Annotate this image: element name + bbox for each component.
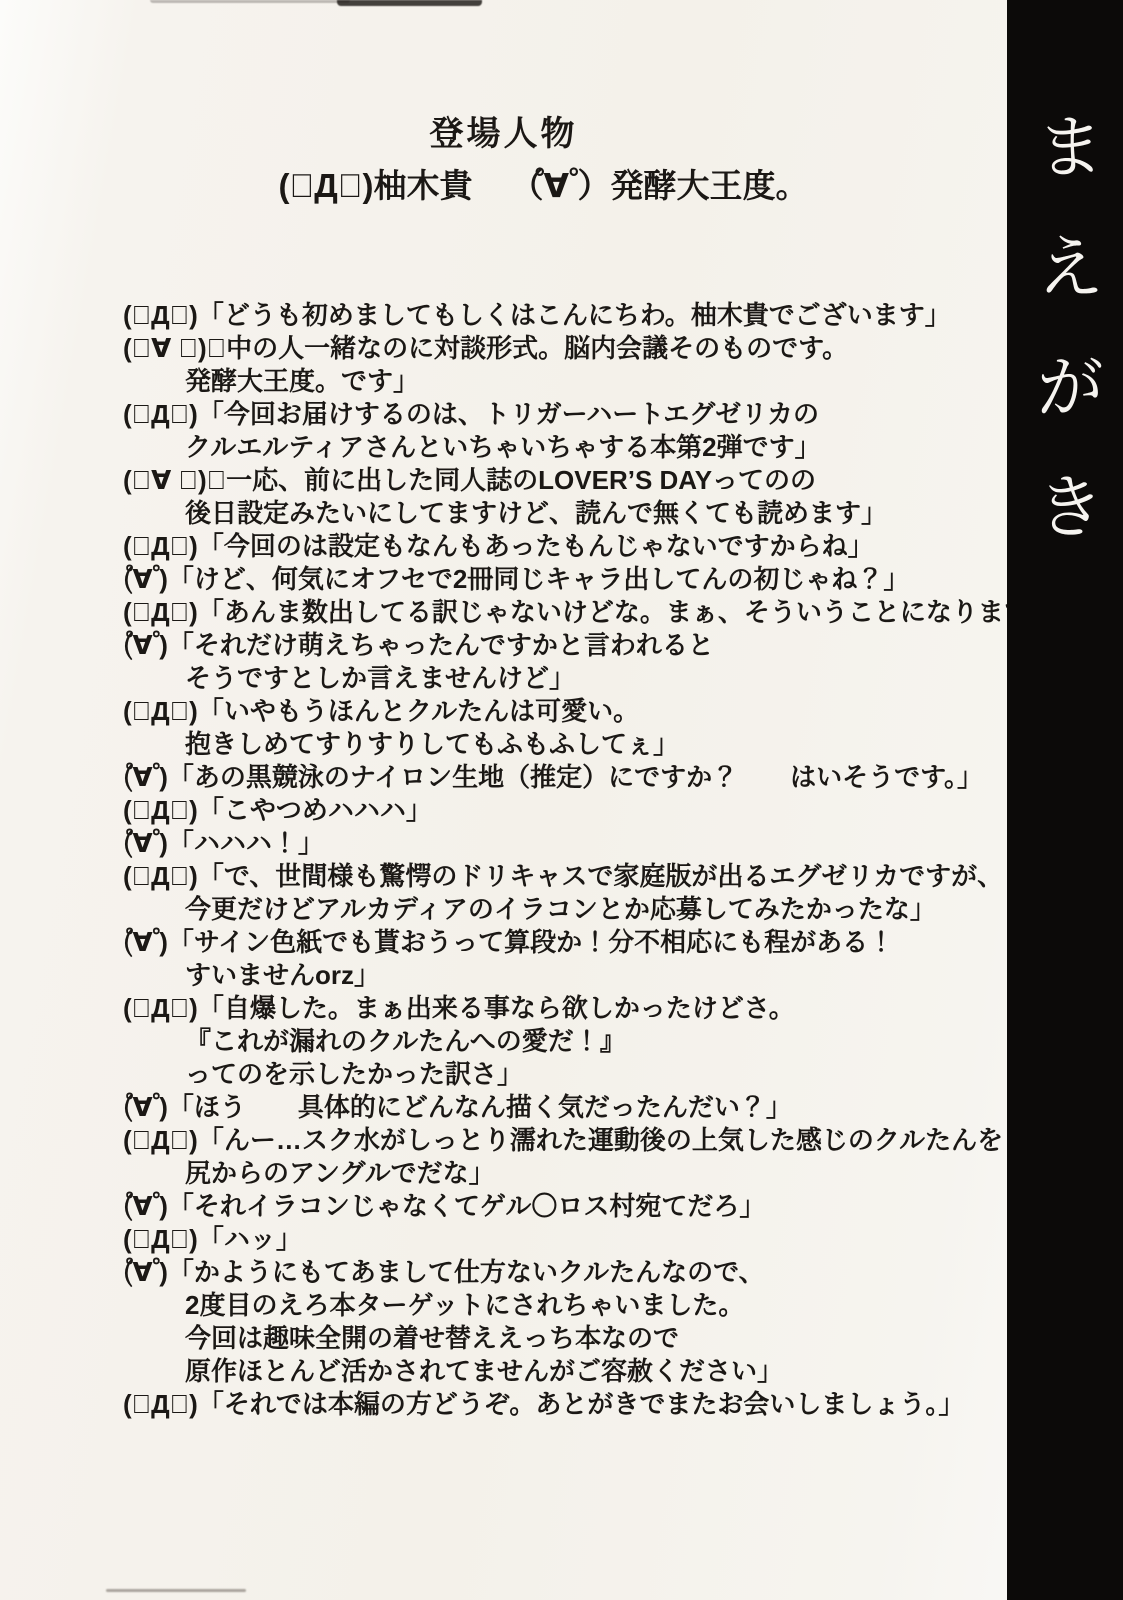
dialogue-text: 「中の人一緒なのに対談形式。脳内会議そのものです。 — [207, 333, 848, 363]
cast-entry: (゚Д゚) 柚木貴 — [279, 160, 473, 207]
cast-entry: （゚∀ ゚） 発酵大王度。 — [511, 160, 809, 207]
dialogue-line: (゚Д゚)「自爆した。まぁ出来る事なら欲しかったけどさ。 — [123, 992, 1007, 1025]
dialogue-line: (゚Д゚)「それでは本編の方どうぞ。あとがきでまたお会いしましょう。」 — [123, 1388, 1007, 1421]
dialogue-text: 後日設定みたいにしてますけど、読んで無くても読めます」 — [185, 498, 887, 528]
scan-artifact-top-left — [150, 0, 350, 3]
dialogue-text: 「あんま数出してる訳じゃないけどな。まぁ、そういうことになりますね」 — [198, 597, 1082, 627]
dialogue-text: 『これが漏れのクルたんへの愛だ！』 — [185, 1026, 626, 1056]
dialogue-line: (゚∀ ゚)「かようにもてあまして仕方ないクルたんなので、 — [123, 1256, 1007, 1289]
speaker-emoticon: (゚Д゚) — [123, 1224, 198, 1254]
speaker-emoticon: (゚∀ ゚) — [123, 630, 168, 660]
speaker-emoticon: (゚∀ ゚) — [123, 1257, 168, 1287]
dialogue-text: 今更だけどアルカディアのイラコンとか応募してみたかったな」 — [185, 894, 936, 924]
cast-title: 登場人物 — [0, 112, 1007, 156]
dialogue-text: 「ほう 具体的にどんなん描く気だったんだい？」 — [168, 1092, 792, 1122]
dialogue-text: 「けど、何気にオフセで2冊同じキャラ出してんの初じゃね？」 — [168, 564, 909, 594]
dialogue-line: (゚∀ ゚)「あの黒競泳のナイロン生地（推定）にですか？ はいそうです。」 — [123, 761, 1007, 794]
dialogue-text: 「いやもうほんとクルたんは可愛い。 — [198, 696, 639, 726]
dialogue-line: 2度目のえろ本ターゲットにされちゃいました。 — [123, 1289, 1007, 1322]
speaker-emoticon: (゚∀ ゚) — [123, 333, 207, 363]
scan-artifact-top-dark — [337, 0, 482, 6]
dialogue-text: 「サイン色紙でも貰おうって算段か！分不相応にも程がある！ — [168, 927, 894, 957]
sidebar-band: まえがき — [1007, 0, 1123, 1600]
dialogue-text: 原作ほとんど活かされてませんがご容赦ください」 — [185, 1356, 783, 1386]
dialogue-text: 「かようにもてあまして仕方ないクルたんなので、 — [168, 1257, 765, 1287]
speaker-emoticon: (゚∀ ゚) — [123, 465, 207, 495]
dialogue-text: 抱きしめてすりすりしてもふもふしてぇ」 — [185, 729, 679, 759]
foreword-page: { "header": { "title": "登場人物", "cast": [… — [0, 0, 1123, 1600]
speaker-emoticon: (゚Д゚) — [123, 993, 198, 1023]
dialogue-line: (゚∀ ゚)「中の人一緒なのに対談形式。脳内会議そのものです。 — [123, 332, 1007, 365]
speaker-emoticon: (゚∀ ゚) — [123, 828, 168, 858]
dialogue-text: 「で、世間様も驚愕のドリキャスで家庭版が出るエグゼリカですが、 — [198, 861, 1003, 891]
scan-artifact-bottom — [106, 1589, 246, 1592]
speaker-emoticon: (゚Д゚) — [123, 597, 198, 627]
dialogue-text: 「それでは本編の方どうぞ。あとがきでまたお会いしましょう。」 — [198, 1389, 964, 1419]
dialogue-text: 「それだけ萌えちゃったんですかと言われると — [168, 630, 714, 660]
dialogue-line: ってのを示したかった訳さ」 — [123, 1058, 1007, 1091]
speaker-emoticon: (゚Д゚) — [123, 1389, 198, 1419]
dialogue-text: そうですとしか言えませんけど」 — [185, 663, 575, 693]
speaker-emoticon: (゚Д゚) — [123, 795, 198, 825]
dialogue-line: すいませんorz」 — [123, 959, 1007, 992]
dialogue-text: 「今回お届けするのは、トリガーハートエグゼリカの — [198, 399, 819, 429]
dialogue-line: 今更だけどアルカディアのイラコンとか応募してみたかったな」 — [123, 893, 1007, 926]
dialogue-text: 尻からのアングルでだな」 — [185, 1158, 495, 1188]
speaker-emoticon: (゚Д゚) — [123, 1125, 198, 1155]
scanned-paper: 登場人物 (゚Д゚) 柚木貴 （゚∀ ゚） 発酵大王度。 (゚Д゚)「どうも初め… — [0, 0, 1123, 1600]
dialogue-text: ってのを示したかった訳さ」 — [185, 1059, 523, 1089]
speaker-emoticon: (゚∀ ゚) — [123, 1092, 168, 1122]
dialogue-line: (゚∀ ゚)「サイン色紙でも貰おうって算段か！分不相応にも程がある！ — [123, 926, 1007, 959]
cast-name: 発酵大王度。 — [611, 160, 809, 207]
dialogue-line: (゚∀ ゚)「けど、何気にオフセで2冊同じキャラ出してんの初じゃね？」 — [123, 563, 1007, 596]
dialogue-line: 抱きしめてすりすりしてもふもふしてぇ」 — [123, 728, 1007, 761]
dialogue-text: 「ハッ」 — [198, 1224, 302, 1254]
dialogue-text: 「こやつめハハハ」 — [198, 795, 432, 825]
dialogue-line: (゚Д゚)「んー…スク水がしっとり濡れた運動後の上気した感じのクルたんを — [123, 1124, 1007, 1157]
dialogue-line: 原作ほとんど活かされてませんがご容赦ください」 — [123, 1355, 1007, 1388]
speaker-emoticon: (゚∀ ゚) — [123, 762, 168, 792]
cast-emoticon: （゚∀ ゚） — [511, 160, 611, 207]
speaker-emoticon: (゚∀ ゚) — [123, 564, 168, 594]
dialogue-line: (゚Д゚)「あんま数出してる訳じゃないけどな。まぁ、そういうことになりますね」 — [123, 596, 1007, 629]
dialogue-text: クルエルティアさんといちゃいちゃする本第2弾です」 — [185, 432, 821, 462]
dialogue-line: 尻からのアングルでだな」 — [123, 1157, 1007, 1190]
dialogue-script: (゚Д゚)「どうも初めましてもしくはこんにちわ。柚木貴でございます」 (゚∀ ゚… — [123, 299, 1007, 1421]
speaker-emoticon: (゚∀ ゚) — [123, 1191, 168, 1221]
dialogue-line: (゚∀ ゚)「それだけ萌えちゃったんですかと言われると — [123, 629, 1007, 662]
dialogue-line: そうですとしか言えませんけど」 — [123, 662, 1007, 695]
dialogue-line: 今回は趣味全開の着せ替ええっち本なので — [123, 1322, 1007, 1355]
speaker-emoticon: (゚Д゚) — [123, 696, 198, 726]
dialogue-text: 「あの黒競泳のナイロン生地（推定）にですか？ はいそうです。」 — [168, 762, 983, 792]
dialogue-line: 『これが漏れのクルたんへの愛だ！』 — [123, 1025, 1007, 1058]
dialogue-line: (゚Д゚)「こやつめハハハ」 — [123, 794, 1007, 827]
dialogue-line: (゚∀ ゚)「ほう 具体的にどんなん描く気だったんだい？」 — [123, 1091, 1007, 1124]
speaker-emoticon: (゚Д゚) — [123, 399, 198, 429]
dialogue-text: 「自爆した。まぁ出来る事なら欲しかったけどさ。 — [198, 993, 795, 1023]
vertical-page-title: まえがき — [1030, 110, 1100, 590]
dialogue-line: (゚Д゚)「どうも初めましてもしくはこんにちわ。柚木貴でございます」 — [123, 299, 1007, 332]
dialogue-text: 「それイラコンじゃなくてゲル〇ロス村宛てだろ」 — [168, 1191, 765, 1221]
dialogue-text: 「どうも初めましてもしくはこんにちわ。柚木貴でございます」 — [198, 300, 951, 330]
dialogue-line: (゚Д゚)「今回のは設定もなんもあったもんじゃないですからね」 — [123, 530, 1007, 563]
cast-name: 柚木貴 — [374, 160, 473, 207]
speaker-emoticon: (゚Д゚) — [123, 861, 198, 891]
dialogue-line: 発酵大王度。です」 — [123, 365, 1007, 398]
dialogue-text: 「今回のは設定もなんもあったもんじゃないですからね」 — [198, 531, 874, 561]
speaker-emoticon: (゚Д゚) — [123, 531, 198, 561]
dialogue-text: 今回は趣味全開の着せ替ええっち本なので — [185, 1323, 679, 1353]
dialogue-line: (゚∀ ゚)「ハハハ！」 — [123, 827, 1007, 860]
speaker-emoticon: (゚Д゚) — [123, 300, 198, 330]
dialogue-text: 「ハハハ！」 — [168, 828, 324, 858]
dialogue-line: 後日設定みたいにしてますけど、読んで無くても読めます」 — [123, 497, 1007, 530]
dialogue-text: 発酵大王度。です」 — [185, 366, 419, 396]
dialogue-line: クルエルティアさんといちゃいちゃする本第2弾です」 — [123, 431, 1007, 464]
dialogue-text: すいませんorz」 — [185, 960, 380, 990]
dialogue-text: 2度目のえろ本ターゲットにされちゃいました。 — [185, 1290, 744, 1320]
dialogue-line: (゚Д゚)「いやもうほんとクルたんは可愛い。 — [123, 695, 1007, 728]
dialogue-text: 「一応、前に出した同人誌のLOVER’S DAYってのの — [207, 465, 816, 495]
dialogue-line: (゚∀ ゚)「一応、前に出した同人誌のLOVER’S DAYってのの — [123, 464, 1007, 497]
dialogue-line: (゚Д゚)「今回お届けするのは、トリガーハートエグゼリカの — [123, 398, 1007, 431]
dialogue-line: (゚∀ ゚)「それイラコンじゃなくてゲル〇ロス村宛てだろ」 — [123, 1190, 1007, 1223]
dialogue-line: (゚Д゚)「ハッ」 — [123, 1223, 1007, 1256]
dialogue-text: 「んー…スク水がしっとり濡れた運動後の上気した感じのクルたんを — [198, 1125, 1003, 1155]
dialogue-line: (゚Д゚)「で、世間様も驚愕のドリキャスで家庭版が出るエグゼリカですが、 — [123, 860, 1007, 893]
cast-emoticon: (゚Д゚) — [279, 167, 374, 205]
cast-line: (゚Д゚) 柚木貴 （゚∀ ゚） 発酵大王度。 — [40, 160, 1047, 207]
speaker-emoticon: (゚∀ ゚) — [123, 927, 168, 957]
cast-heading: 登場人物 (゚Д゚) 柚木貴 （゚∀ ゚） 発酵大王度。 — [0, 112, 1007, 207]
